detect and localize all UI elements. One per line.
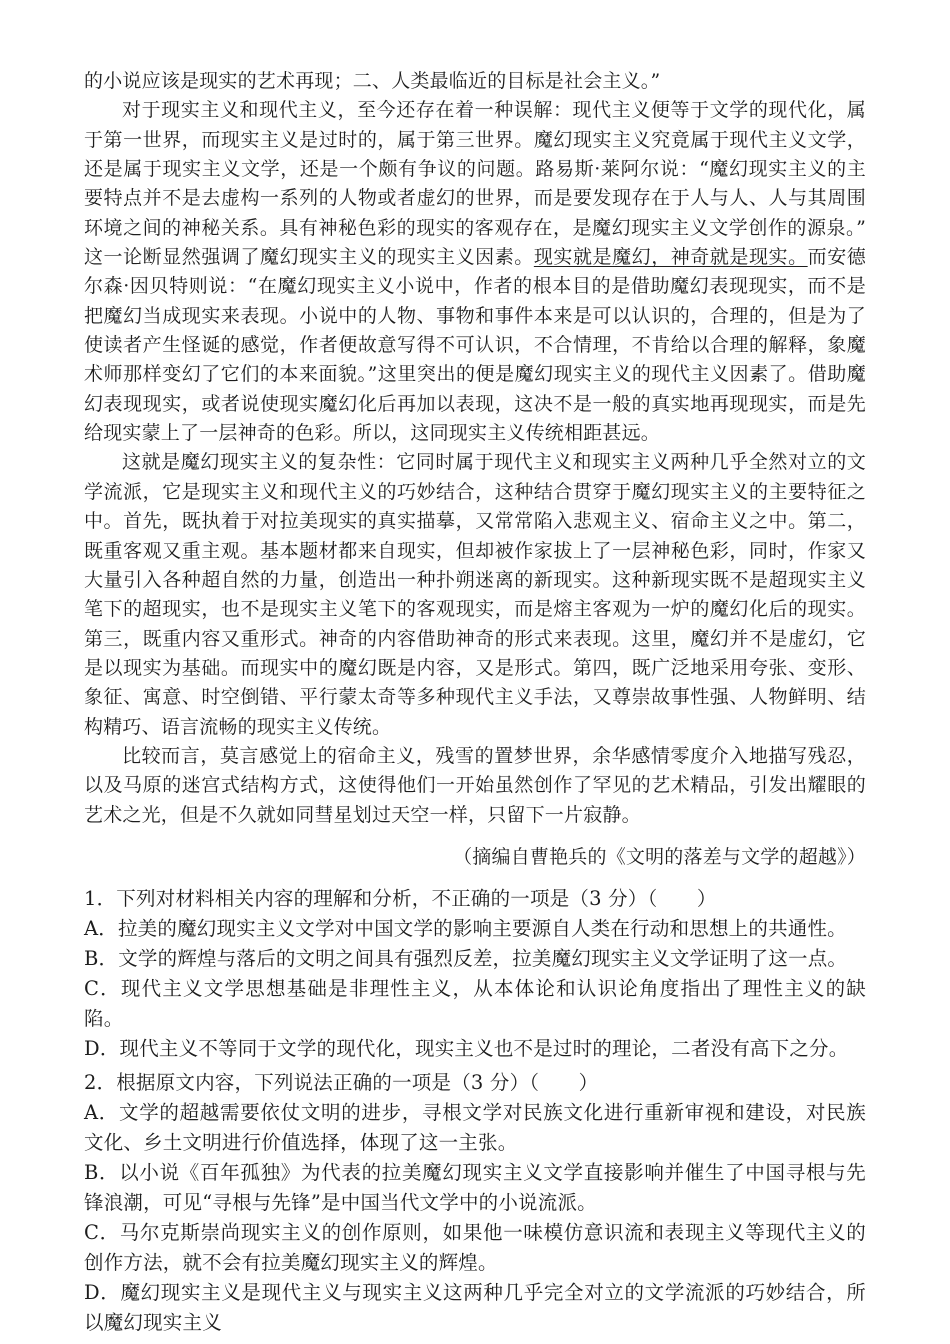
reading-passage: 的小说应该是现实的艺术再现；二、人类最临近的目标是社会主义。” 对于现实主义和现… <box>84 67 866 872</box>
passage-text: 对于现实主义和现代主义，至今还存在着一种误解：现代主义便等于文学的现代化，属于第… <box>84 99 866 268</box>
question-2-option-c: C．马尔克斯崇尚现实主义的创作原则，如果他一味模仿意识流和表现主义等现代主义的创… <box>84 1218 866 1278</box>
question-2: 2．根据原文内容，下列说法正确的一项是（3 分）（ ） A．文学的超越需要依仗文… <box>84 1068 866 1338</box>
question-2-option-a: A．文学的超越需要依仗文明的进步，寻根文学对民族文化进行重新审视和建设，对民族文… <box>84 1098 866 1158</box>
question-1-option-c: C．现代主义文学思想基础是非理性主义，从本体论和认识论角度指出了理性主义的缺陷。 <box>84 974 866 1034</box>
question-1-stem: 1．下列对材料相关内容的理解和分析，不正确的一项是（3 分）（ ） <box>84 884 866 914</box>
passage-paragraph-continuation: 的小说应该是现实的艺术再现；二、人类最临近的目标是社会主义。” <box>84 67 866 96</box>
underlined-key-sentence: 现实就是魔幻，神奇就是现实。 <box>534 246 808 268</box>
passage-paragraph: 这就是魔幻现实主义的复杂性：它同时属于现代主义和现实主义两种几乎全然对立的文学流… <box>84 448 866 741</box>
exam-page: 的小说应该是现实的艺术再现；二、人类最临近的目标是社会主义。” 对于现实主义和现… <box>0 0 950 1344</box>
question-2-option-b: B．以小说《百年孤独》为代表的拉美魔幻现实主义文学直接影响并催生了中国寻根与先锋… <box>84 1158 866 1218</box>
question-1-option-d: D．现代主义不等同于文学的现代化，现实主义也不是过时的理论，二者没有高下之分。 <box>84 1034 866 1064</box>
question-2-option-d: D．魔幻现实主义是现代主义与现实主义这两种几乎完全对立的文学流派的巧妙结合，所以… <box>84 1278 866 1338</box>
passage-text: 而安德尔森·因贝特则说：“在魔幻现实主义小说中，作者的根本目的是借助魔幻表现现实… <box>84 246 866 444</box>
question-1: 1．下列对材料相关内容的理解和分析，不正确的一项是（3 分）（ ） A．拉美的魔… <box>84 884 866 1064</box>
question-1-option-a: A．拉美的魔幻现实主义文学对中国文学的影响主要源自人类在行动和思想上的共通性。 <box>84 914 866 944</box>
question-1-option-b: B．文学的辉煌与落后的文明之间具有强烈反差，拉美魔幻现实主义文学证明了这一点。 <box>84 944 866 974</box>
passage-paragraph: 对于现实主义和现代主义，至今还存在着一种误解：现代主义便等于文学的现代化，属于第… <box>84 96 866 448</box>
questions-section: 1．下列对材料相关内容的理解和分析，不正确的一项是（3 分）（ ） A．拉美的魔… <box>84 884 866 1338</box>
question-2-stem: 2．根据原文内容，下列说法正确的一项是（3 分）（ ） <box>84 1068 866 1098</box>
passage-paragraph: 比较而言，莫言感觉上的宿命主义，残雪的置梦世界，余华感情零度介入地描写残忍，以及… <box>84 742 866 830</box>
source-attribution: （摘编自曹艳兵的《文明的落差与文学的超越》） <box>84 843 866 872</box>
